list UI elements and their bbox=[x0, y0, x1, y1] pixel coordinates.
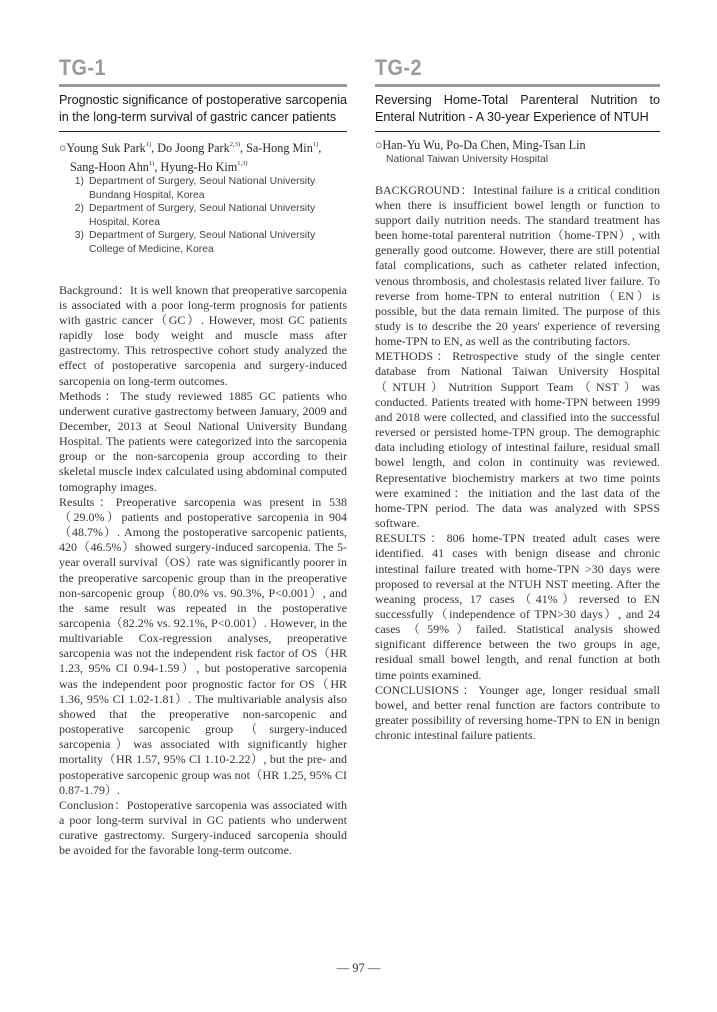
section-conclusion: Conclusion：Postoperative sarcopenia was … bbox=[59, 798, 347, 859]
author: Hyung-Ho Kim bbox=[160, 160, 237, 174]
section-background: BACKGROUND：Intestinal failure is a criti… bbox=[375, 183, 660, 350]
divider bbox=[375, 84, 660, 87]
author: Sang-Hoon Ahn bbox=[70, 160, 149, 174]
abstract-id: TG-2 bbox=[375, 55, 632, 82]
abstract-title: Reversing Home-Total Parenteral Nutritio… bbox=[375, 92, 660, 126]
abstract-title: Prognostic significance of postoperative… bbox=[59, 92, 347, 126]
section-results: RESULTS：806 home-TPN treated adult cases… bbox=[375, 531, 660, 683]
divider bbox=[59, 131, 347, 132]
abstract-tg-1: TG-1 Prognostic significance of postoper… bbox=[59, 55, 347, 859]
abstract-tg-2: TG-2 Reversing Home-Total Parenteral Nut… bbox=[375, 55, 660, 743]
author: Sa-Hong Min bbox=[246, 141, 313, 155]
abstract-body: BACKGROUND：Intestinal failure is a criti… bbox=[375, 183, 660, 744]
section-conclusions: CONCLUSIONS：Younger age, longer residual… bbox=[375, 683, 660, 744]
affiliation: 3) Department of Surgery, Seoul National… bbox=[59, 229, 347, 256]
section-methods: Methods：The study reviewed 1885 GC patie… bbox=[59, 389, 347, 495]
affiliation: 2) Department of Surgery, Seoul National… bbox=[59, 202, 347, 229]
abstract-body: Background：It is well known that preoper… bbox=[59, 283, 347, 859]
divider bbox=[375, 131, 660, 132]
abstract-id: TG-1 bbox=[59, 55, 318, 82]
section-results: Results：Preoperative sarcopenia was pres… bbox=[59, 495, 347, 798]
institution: National Taiwan University Hospital bbox=[375, 153, 660, 167]
section-methods: METHODS：Retrospective study of the singl… bbox=[375, 349, 660, 531]
author: Do Joong Park bbox=[157, 141, 229, 155]
author-list: ○Young Suk Park1), Do Joong Park2,3), Sa… bbox=[59, 137, 347, 175]
author: Young Suk Park bbox=[66, 141, 145, 155]
divider bbox=[59, 84, 347, 87]
affiliation-list: 1) Department of Surgery, Seoul National… bbox=[59, 175, 347, 257]
author-list: ○Han-Yu Wu, Po-Da Chen, Ming-Tsan Lin bbox=[375, 137, 660, 153]
affiliation: 1) Department of Surgery, Seoul National… bbox=[59, 175, 347, 202]
section-background: Background：It is well known that preoper… bbox=[59, 283, 347, 389]
page-number: — 97 — bbox=[0, 961, 717, 976]
